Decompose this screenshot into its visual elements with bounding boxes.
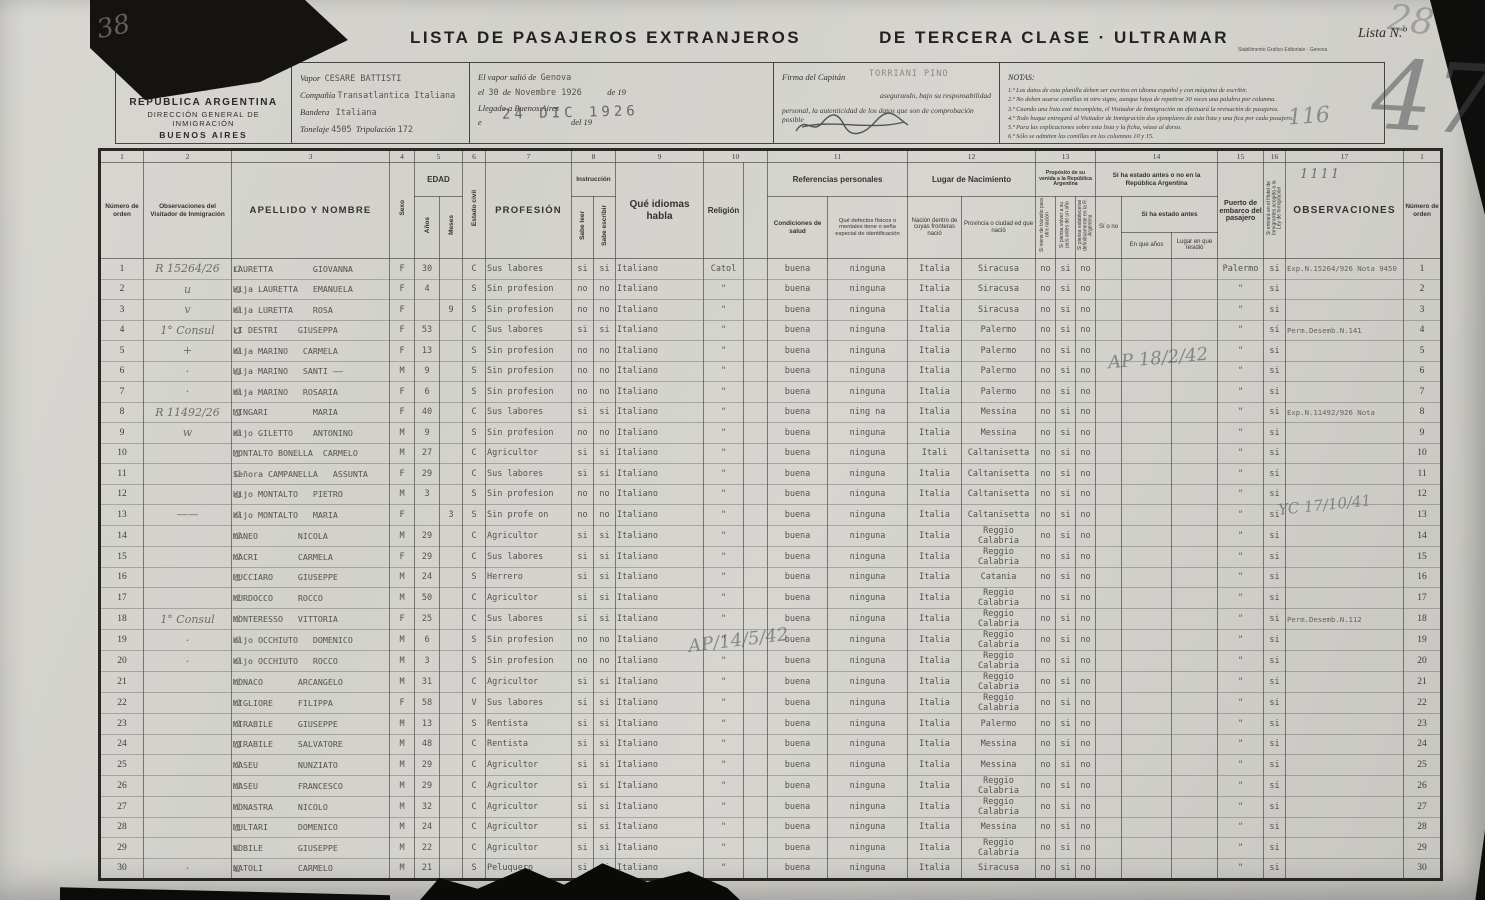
cell-order-number-right: 12 [1404,484,1442,505]
cell-nation: Italia [908,672,962,693]
cell-name: aNOBILE GIUSEPPE [232,838,390,859]
cell-order-number-right: 16 [1404,567,1442,588]
cell-defects: ning na [828,402,908,423]
cell-been-before-years [1122,838,1172,859]
cell-transit: no [1036,838,1056,859]
cell-settle: no [1076,320,1096,341]
cell-can-write: si [594,693,616,714]
cell-religion: " [704,300,744,321]
passenger-row: 12 aHijo MONTALTO PIETRO M 3 S Sin profe… [100,484,1442,505]
cell-been-before-place [1172,484,1218,505]
cell-can-read: si [572,775,594,796]
cell-sex: F [390,464,415,485]
cell-settle: no [1076,588,1096,609]
cell-sex: F [390,402,415,423]
cell-age-months [440,672,463,693]
cell-been-before-place [1172,546,1218,567]
cell-civil-status: C [463,259,486,280]
cell-age-years: 31 [415,672,440,693]
cell-defects: ninguna [828,775,908,796]
cell-been-before-years [1122,464,1172,485]
passenger-row: 9 w aHijo GILETTO ANTONINO M 9 S Sin pro… [100,423,1442,444]
pencil-check-mark: a [234,384,241,398]
cell-sex: M [390,423,415,444]
cell-return-within-year: si [1056,320,1076,341]
cell-age-months [440,464,463,485]
cell-civil-status: C [463,775,486,796]
cell-profession: Sin profesion [486,423,572,444]
cell-visitor-observations [144,567,232,588]
cell-health: buena [768,775,828,796]
cell-observations [1286,755,1404,776]
cell-civil-status: C [463,588,486,609]
cell-hotel: si [1264,443,1286,464]
cell-been-before-yn [1096,259,1122,280]
cell-visitor-observations: R 11492/26 [144,402,232,423]
passenger-row: 28 aMULTARI DOMENICO M 24 C Agricultor s… [100,817,1442,838]
cell-been-before-years [1122,775,1172,796]
cell-profession: Sin profesion [486,630,572,651]
cell-province: Siracusa [962,859,1036,880]
cell-order-number-right: 22 [1404,693,1442,714]
cell-profession: Agricultor [486,588,572,609]
pencil-check-mark: a [234,405,241,419]
cell-nation: Italia [908,341,962,362]
cell-been-before-place [1172,651,1218,672]
cell-province: Reggio Calabria [962,796,1036,817]
header-referencias: Referencias personales [768,163,908,197]
cell-visitor-observations: + [144,341,232,362]
cell-order-number-right: 21 [1404,672,1442,693]
cell-blank [744,320,768,341]
cell-return-within-year: si [1056,734,1076,755]
cell-been-before-place [1172,505,1218,526]
passenger-row: 8 R 11492/26 aMINGARI MARIA F 40 C Sus l… [100,402,1442,423]
cell-can-read: no [572,279,594,300]
pencil-check-mark: a [234,737,241,751]
cell-profession: Sin profesion [486,484,572,505]
cell-settle: no [1076,464,1096,485]
cell-hotel: si [1264,651,1286,672]
cell-order-number: 28 [100,817,144,838]
cell-been-before-place [1172,443,1218,464]
pencil-check-mark: a [234,653,241,667]
cell-can-write: no [594,300,616,321]
cell-been-before-place [1172,734,1218,755]
cell-transit: no [1036,443,1056,464]
cell-visitor-observations: · [144,630,232,651]
cell-transit: no [1036,546,1056,567]
cell-visitor-observations [144,588,232,609]
nota-6: 6.ª Sólo se admiten las comillas en las … [1008,133,1367,140]
cell-province: Reggio Calabria [962,651,1036,672]
cell-been-before-yn [1096,567,1122,588]
passenger-row: 13 —— aHijo MONTALTO MARIA F 3 S Sin pro… [100,505,1442,526]
cell-province: Messina [962,402,1036,423]
pencil-number-116: 116 [1287,103,1331,131]
cell-sex: F [390,546,415,567]
cell-nation: Italia [908,546,962,567]
cell-been-before-years [1122,382,1172,403]
cell-been-before-place [1172,796,1218,817]
cell-can-write: no [594,505,616,526]
header-establecerse: Si piensa establecerse definitivamente e… [1076,197,1096,259]
cell-order-number-right: 8 [1404,402,1442,423]
cell-embark-port: " [1218,546,1264,567]
cell-visitor-observations: u [144,279,232,300]
cell-religion: " [704,588,744,609]
cell-transit: no [1036,341,1056,362]
cell-settle: no [1076,714,1096,735]
cell-civil-status: S [463,505,486,526]
cell-hotel: si [1264,838,1286,859]
cell-can-read: si [572,546,594,567]
cell-hotel: si [1264,423,1286,444]
cell-languages: Italiano [616,693,704,714]
cell-can-read: si [572,259,594,280]
cell-order-number: 2 [100,279,144,300]
header-proposito: Propósito de su venida a la República Ar… [1036,163,1096,197]
cell-observations: Exp.N.11492/926 Nota [1286,402,1404,423]
cell-sex: M [390,775,415,796]
cell-health: buena [768,423,828,444]
cell-can-read: si [572,838,594,859]
cell-settle: no [1076,838,1096,859]
cell-been-before-place [1172,464,1218,485]
cell-can-write: si [594,714,616,735]
cell-been-before-yn [1096,546,1122,567]
cell-can-write: si [594,546,616,567]
cell-been-before-place [1172,838,1218,859]
cell-been-before-yn [1096,320,1122,341]
cell-been-before-place [1172,382,1218,403]
cell-sex: M [390,714,415,735]
cell-languages: Italiano [616,734,704,755]
colnum-8: 8 [572,150,616,163]
cell-religion: " [704,546,744,567]
cell-languages: Italiano [616,382,704,403]
cell-age-years: 58 [415,693,440,714]
cell-civil-status: S [463,361,486,382]
org-city: BUENOS AIRES [124,130,283,140]
cell-can-read: si [572,693,594,714]
cell-religion: " [704,484,744,505]
cell-civil-status: C [463,755,486,776]
cell-sex: F [390,279,415,300]
cell-been-before-yn [1096,734,1122,755]
cell-blank [744,341,768,362]
cell-defects: ninguna [828,279,908,300]
cell-order-number: 29 [100,838,144,859]
passenger-row: 2 u aHija LAURETTA EMANUELA F 4 S Sin pr… [100,279,1442,300]
cell-can-write: si [594,672,616,693]
cell-age-years: 53 [415,320,440,341]
cell-name: aHijo MONTALTO MARIA [232,505,390,526]
cell-languages: Italiano [616,775,704,796]
cell-order-number: 13 [100,505,144,526]
cell-order-number-right: 19 [1404,630,1442,651]
cell-order-number-right: 25 [1404,755,1442,776]
cell-settle: no [1076,259,1096,280]
cell-embark-port: " [1218,672,1264,693]
cell-health: buena [768,567,828,588]
pencil-list-number-47: 47 [1369,39,1485,157]
cell-settle: no [1076,859,1096,880]
cell-languages: Italiano [616,796,704,817]
cell-embark-port: " [1218,588,1264,609]
cell-order-number-right: 6 [1404,361,1442,382]
cell-hotel: si [1264,672,1286,693]
cell-order-number-right: 18 [1404,609,1442,630]
cell-been-before-years [1122,443,1172,464]
cell-health: buena [768,300,828,321]
cell-transit: no [1036,464,1056,485]
cell-age-months [440,402,463,423]
passenger-row: 30 · aNATOLI CARMELO M 21 S Peluquero si… [100,859,1442,880]
cell-health: buena [768,525,828,546]
cell-profession: Agricultor [486,817,572,838]
cell-nation: Itali [908,443,962,464]
cell-order-number: 8 [100,402,144,423]
cell-return-within-year: si [1056,567,1076,588]
cell-province: Palermo [962,382,1036,403]
cell-civil-status: S [463,423,486,444]
cell-name: aMIGLIORE FILIPPA [232,693,390,714]
cell-age-months [440,546,463,567]
cell-observations [1286,567,1404,588]
cell-been-before-place [1172,259,1218,280]
cell-civil-status: S [463,859,486,880]
cell-province: Siracusa [962,300,1036,321]
cell-return-within-year: si [1056,817,1076,838]
cell-languages: Italiano [616,672,704,693]
cell-order-number: 1 [100,259,144,280]
header-sabe-leer: Sabe leer [572,197,594,259]
cell-settle: no [1076,505,1096,526]
cell-order-number-right: 11 [1404,464,1442,485]
cell-age-months [440,279,463,300]
cell-civil-status: C [463,609,486,630]
cell-been-before-years [1122,755,1172,776]
passenger-row: 1 R 15264/26 aLAURETTA GIOVANNA F 30 C S… [100,259,1442,280]
cell-return-within-year: si [1056,402,1076,423]
cell-been-before-yn [1096,838,1122,859]
cell-transit: no [1036,423,1056,444]
cell-been-before-yn [1096,859,1122,880]
cell-age-months [440,567,463,588]
cell-order-number: 22 [100,693,144,714]
cell-observations [1286,361,1404,382]
cell-been-before-years [1122,734,1172,755]
cell-religion: " [704,341,744,362]
captain-name: TORRIANI PINO [869,69,949,79]
cell-been-before-yn [1096,525,1122,546]
cell-defects: ninguna [828,672,908,693]
cell-blank [744,259,768,280]
pencil-check-mark: a [234,425,241,439]
cell-province: Palermo [962,714,1036,735]
cell-been-before-yn [1096,755,1122,776]
cell-been-before-years [1122,693,1172,714]
header-obs-visitador: Observaciones del Visitador de Inmigraci… [144,163,232,259]
cell-nation: Italia [908,484,962,505]
passenger-row: 27 aMONASTRA NICOLO M 32 C Agricultor si… [100,796,1442,817]
cell-age-years: 29 [415,775,440,796]
cell-order-number: 11 [100,464,144,485]
header-salud: Condiciones de salud [768,197,828,259]
cell-nation: Italia [908,651,962,672]
colnum-9: 9 [616,150,704,163]
cell-religion: " [704,775,744,796]
cell-defects: ninguna [828,484,908,505]
cell-nation: Italia [908,279,962,300]
cell-name: aSeñora CAMPANELLA ASSUNTA [232,464,390,485]
cell-transit: no [1036,609,1056,630]
cell-embark-port: " [1218,567,1264,588]
cell-age-months [440,859,463,880]
cell-age-years: 4 [415,279,440,300]
cell-visitor-observations [144,817,232,838]
cell-can-read: si [572,443,594,464]
cell-observations [1286,796,1404,817]
tonelaje-label: Tonelaje [300,124,329,134]
cell-visitor-observations: R 15264/26 [144,259,232,280]
compania-label: Compañía [300,90,335,100]
cell-civil-status: C [463,838,486,859]
cell-transit: no [1036,630,1056,651]
cell-defects: ninguna [828,838,908,859]
cell-languages: Italiano [616,525,704,546]
cell-profession: Sus labores [486,609,572,630]
cell-return-within-year: si [1056,525,1076,546]
cell-been-before-yn [1096,279,1122,300]
cell-health: buena [768,714,828,735]
cell-hotel: si [1264,402,1286,423]
cell-age-months [440,755,463,776]
cell-been-before-years [1122,300,1172,321]
cell-can-read: si [572,402,594,423]
colnum-15: 15 [1218,150,1264,163]
pencil-check-mark: a [234,799,241,813]
cell-profession: Sin profesion [486,382,572,403]
cell-hotel: si [1264,567,1286,588]
cell-province: Messina [962,817,1036,838]
cell-age-months [440,734,463,755]
cell-can-write: si [594,609,616,630]
cell-defects: ninguna [828,651,908,672]
cell-blank [744,484,768,505]
cell-embark-port: " [1218,341,1264,362]
cell-visitor-observations [144,693,232,714]
cell-sex: M [390,734,415,755]
cell-nation: Italia [908,382,962,403]
cell-hotel: si [1264,734,1286,755]
cell-sex: M [390,484,415,505]
cell-order-number: 7 [100,382,144,403]
cell-profession: Sus labores [486,693,572,714]
pencil-check-mark: a [234,549,241,563]
cell-order-number-right: 15 [1404,546,1442,567]
scanned-passenger-list-page: LISTA DE PASAJEROS EXTRANJEROS DE TERCER… [0,0,1485,900]
cell-been-before-yn [1096,464,1122,485]
cell-defects: ninguna [828,796,908,817]
header-transito: Si viene de tránsito para otra nación [1036,197,1056,259]
cell-been-before-years [1122,859,1172,880]
cell-defects: ninguna [828,567,908,588]
header-estado-civil: Estado civil [463,163,486,259]
cell-embark-port: Palermo [1218,259,1264,280]
cell-age-years: 32 [415,796,440,817]
cell-nation: Italia [908,402,962,423]
cell-blank [744,567,768,588]
cell-visitor-observations [144,443,232,464]
cell-civil-status: S [463,279,486,300]
cell-hotel: si [1264,300,1286,321]
passenger-row: 7 · aHija MARINO ROSARIA F 6 S Sin profe… [100,382,1442,403]
voyage-info-box: El vapor salió de Genova el 30 de Novemb… [470,63,774,143]
cell-defects: ninguna [828,341,908,362]
cell-been-before-yn [1096,651,1122,672]
cell-languages: Italiano [616,300,704,321]
cell-province: Caltanisetta [962,443,1036,464]
passenger-row: 24 aMIRABILE SALVATORE M 48 C Rentista s… [100,734,1442,755]
colnum-5: 5 [415,150,463,163]
cell-been-before-place [1172,630,1218,651]
cell-settle: no [1076,341,1096,362]
cell-can-read: no [572,382,594,403]
cell-civil-status: S [463,341,486,362]
cell-languages: Italiano [616,755,704,776]
cell-religion: " [704,464,744,485]
cell-visitor-observations: —— [144,505,232,526]
cell-languages: Italiano [616,546,704,567]
cell-health: buena [768,505,828,526]
cell-languages: Italiano [616,423,704,444]
cell-languages: Italiano [616,588,704,609]
cell-religion: " [704,859,744,880]
pencil-check-mark: a [234,861,241,875]
cell-can-write: si [594,443,616,464]
cell-settle: no [1076,672,1096,693]
cell-hotel: si [1264,341,1286,362]
header-idiomas: Qué idiomas habla [616,163,704,259]
cell-transit: no [1036,567,1056,588]
cell-age-years: 29 [415,525,440,546]
cell-defects: ninguna [828,423,908,444]
cell-civil-status: S [463,714,486,735]
cell-return-within-year: si [1056,775,1076,796]
cell-been-before-years [1122,402,1172,423]
cell-name: aMULTARI DOMENICO [232,817,390,838]
cell-age-years: 24 [415,817,440,838]
cell-blank [744,443,768,464]
cell-order-number: 16 [100,567,144,588]
cell-profession: Sus labores [486,464,572,485]
cell-health: buena [768,320,828,341]
cell-transit: no [1036,484,1056,505]
cell-settle: no [1076,775,1096,796]
cell-province: Caltanisetta [962,484,1036,505]
cell-been-before-place [1172,609,1218,630]
cell-sex: M [390,588,415,609]
colnum-3: 3 [232,150,390,163]
passenger-row: 26 aMASEU FRANCESCO M 29 C Agricultor si… [100,775,1442,796]
cell-order-number-right: 3 [1404,300,1442,321]
cell-been-before-years [1122,423,1172,444]
cell-settle: no [1076,609,1096,630]
cell-defects: ninguna [828,443,908,464]
colnum-4: 4 [390,150,415,163]
